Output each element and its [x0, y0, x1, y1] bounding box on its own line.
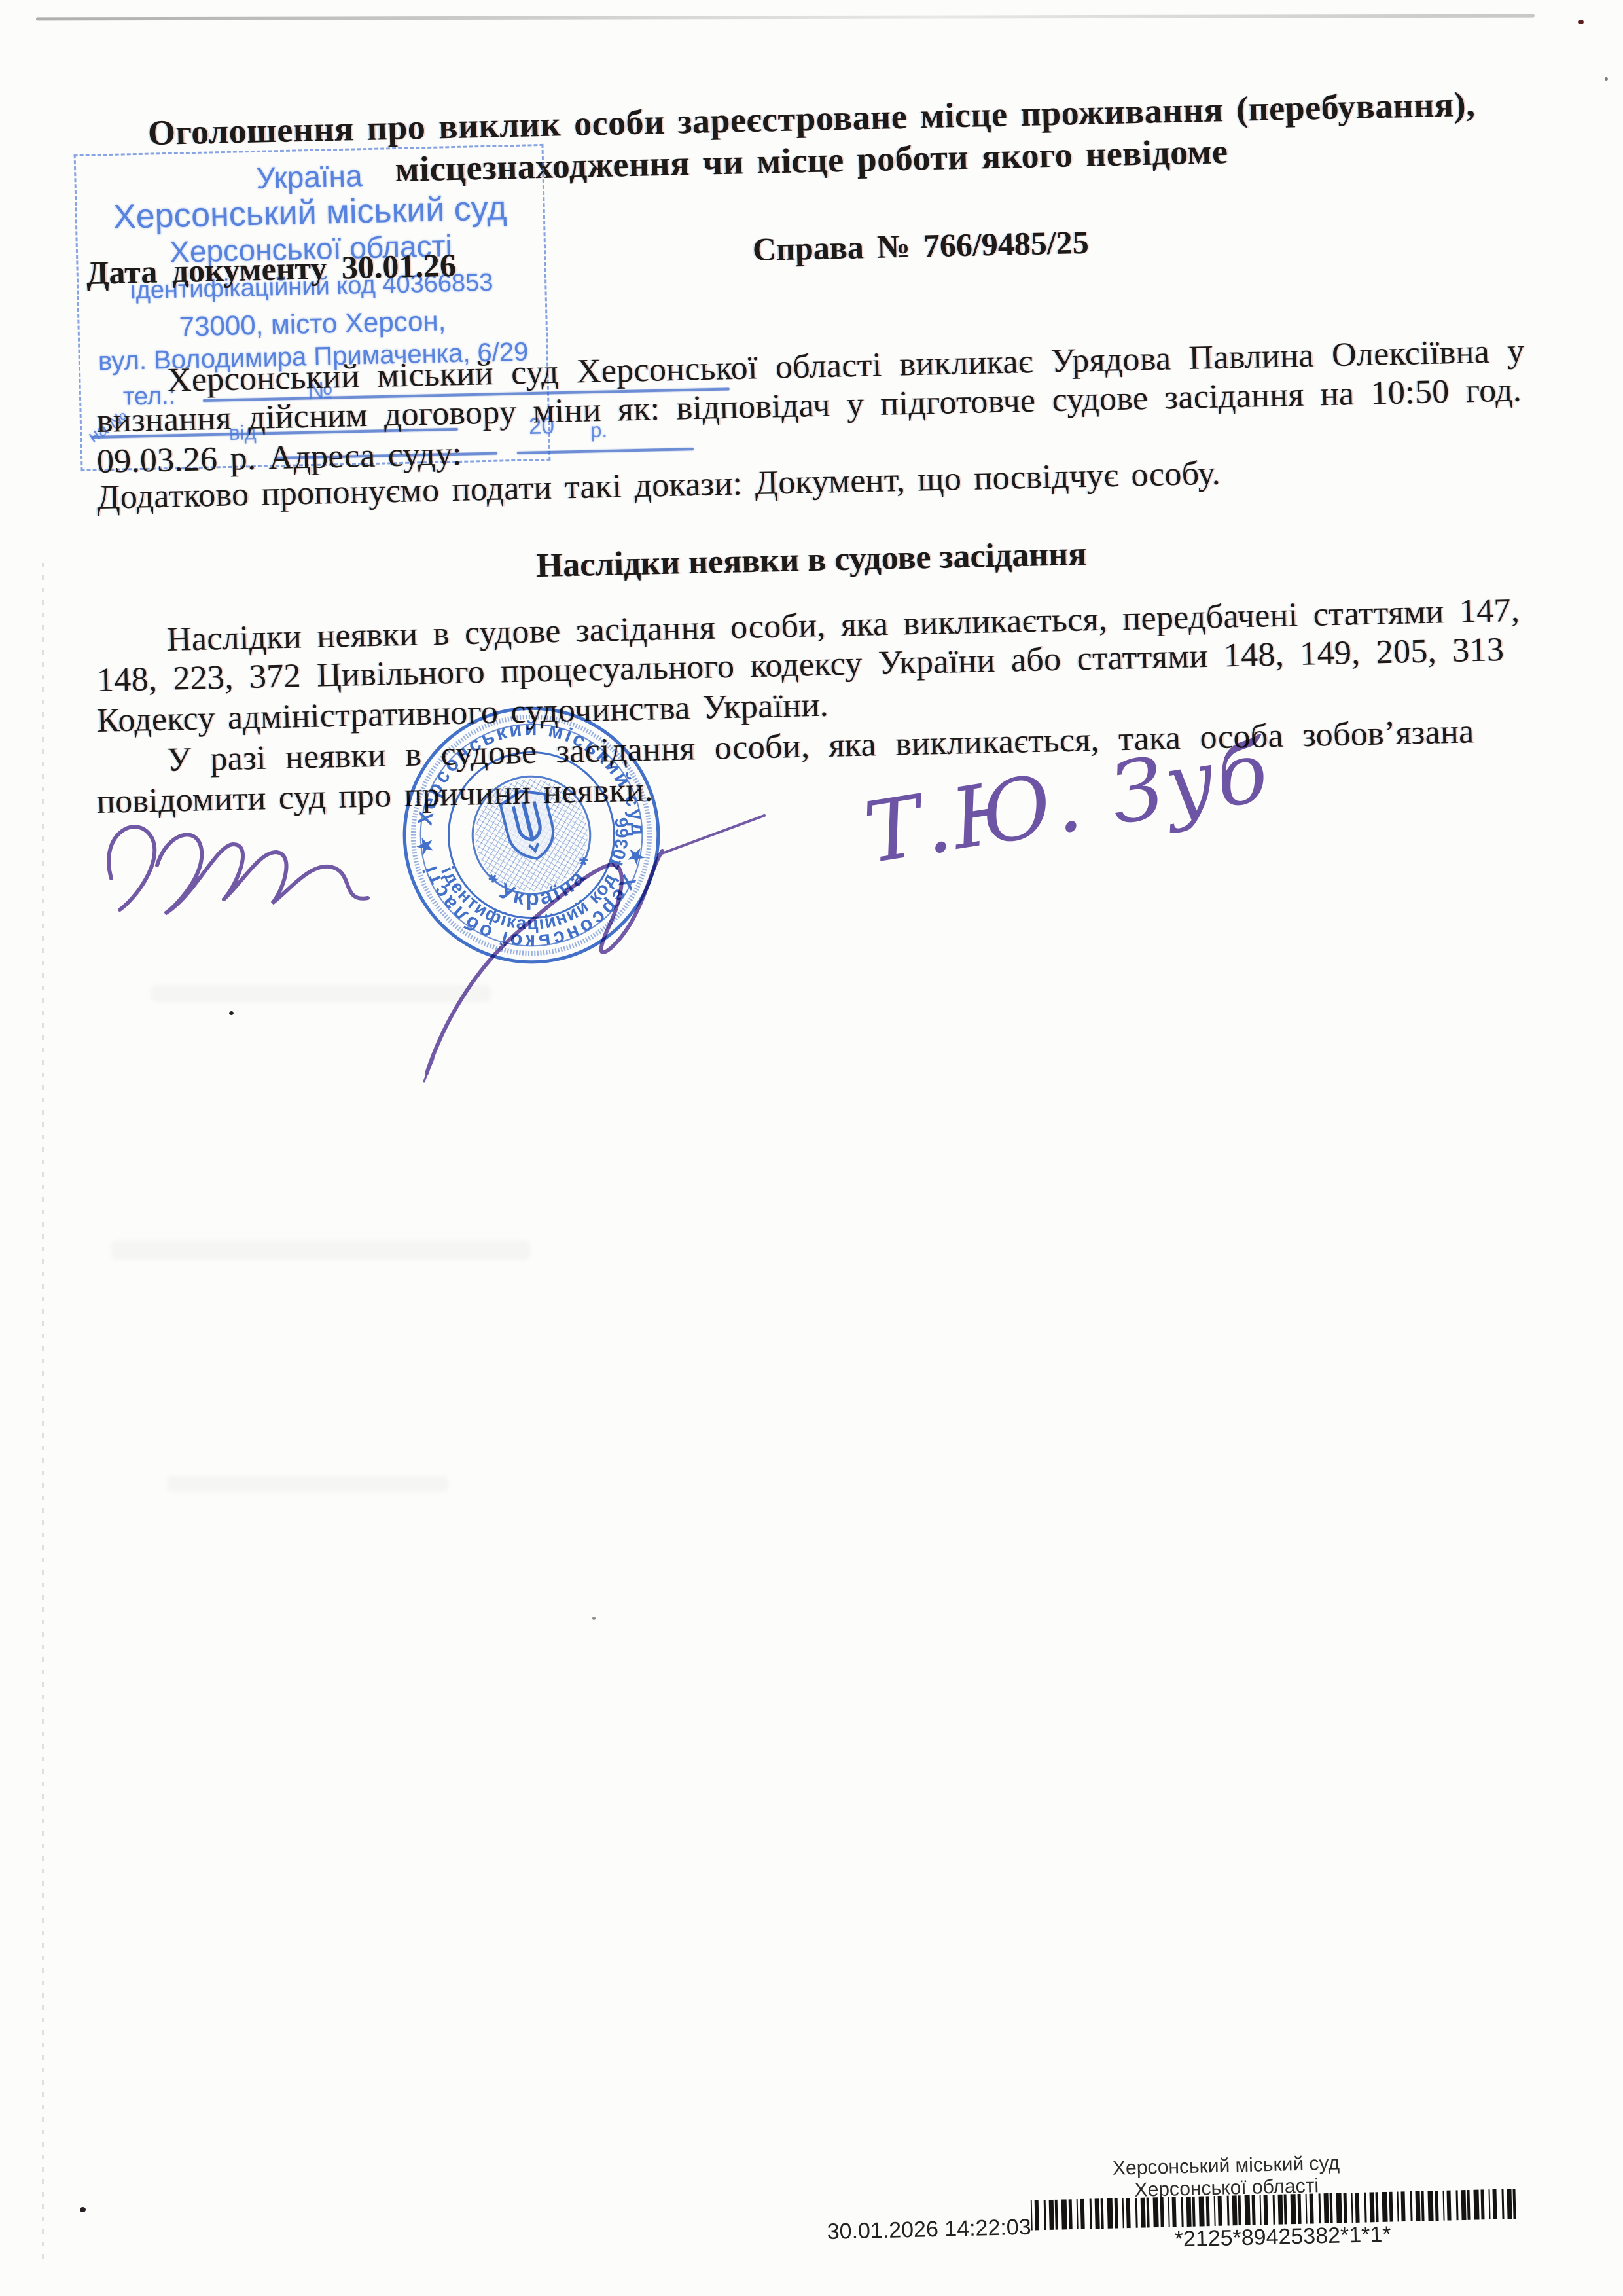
scanned-court-summons-page: Оголошення про виклик особи зареєстрован… — [0, 0, 1623, 2296]
bleed-through-smudge — [111, 1240, 530, 1260]
ink-speck — [1605, 77, 1608, 81]
ink-speck — [80, 2207, 86, 2212]
court-round-seal: ★ Херсонський міський суд ★ Херсонської … — [398, 702, 665, 969]
ink-speck — [229, 1011, 234, 1015]
ink-speck — [592, 1617, 596, 1620]
bleed-through-smudge — [151, 985, 491, 1002]
footer-block: Херсонський міський суд Херсонської обла… — [820, 2144, 1556, 2272]
section-heading: Наслідки неявки в судове засідання — [0, 523, 1623, 597]
bleed-through-smudge — [167, 1476, 448, 1492]
document-date-label: Дата документу 30.01.26 — [86, 246, 456, 292]
case-number: Справа № 766/9485/25 — [752, 223, 1089, 268]
scanner-left-edge-artifact — [42, 563, 44, 2265]
scanner-top-edge-artifact — [36, 14, 1535, 21]
footer-timestamp: 30.01.2026 14:22:03 — [827, 2215, 1031, 2245]
ink-speck — [1578, 20, 1584, 24]
judge-signature-scribble — [109, 827, 368, 914]
